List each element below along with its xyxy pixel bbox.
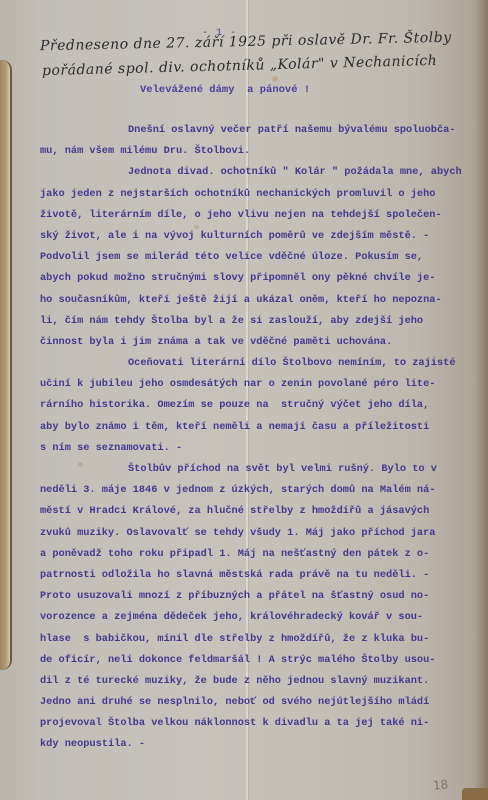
- archive-page-number: 18: [432, 777, 449, 793]
- text-line: Jedno ani druhé se nesplnilo, neboť od s…: [40, 692, 480, 713]
- stain: [272, 76, 278, 82]
- text-line: hlase s babičkou, mínil dle střelby z hm…: [40, 629, 480, 650]
- text-line: Oceňovati literární dílo Štolbovo nemíní…: [40, 353, 480, 374]
- text-line: městí v Hradci Králové, za hlučné střelb…: [40, 501, 480, 522]
- text-line: abych pokud možno stručnými slovy připom…: [40, 268, 480, 289]
- text-line: vorozence a zejména dědeček jeho, králov…: [40, 607, 480, 628]
- handwritten-note-line: pořádané spol. div. ochotníků „Kolár" v …: [42, 53, 438, 79]
- text-line: Podvolil jsem se milerád této velice vdě…: [40, 247, 480, 268]
- text-line: dil z té turecké muziky, že bude z něho …: [40, 671, 480, 692]
- text-line: Jednota divad. ochotníků " Kolár " požád…: [40, 162, 480, 183]
- text-line: s ním se seznamovati. -: [40, 438, 480, 459]
- text-line: li, čím nám tehdy Štolba byl a že si zas…: [40, 311, 480, 332]
- text-line: učiní k jubileu jeho osmdesátých nar o z…: [40, 374, 480, 395]
- text-line: Proto usuzovali mnozí z příbuzných a přá…: [40, 586, 480, 607]
- text-line: projevoval Štolba velkou náklonnost k di…: [40, 713, 480, 734]
- document-page: - 1 - Předneseno dne 27. září 1925 při o…: [0, 0, 488, 800]
- salutation: Velevážené dámy a pánové !: [140, 84, 310, 96]
- corner-tab: [462, 788, 488, 800]
- text-line: neděli 3. máje 1846 v jednom z úzkých, s…: [40, 480, 480, 501]
- text-line: rárního historika. Omezím se pouze na st…: [40, 395, 480, 416]
- text-line: kdy neopustila. -: [40, 734, 480, 755]
- text-line: životě, literárním díle, o jeho vlivu ne…: [40, 205, 480, 226]
- binding-edge: [0, 60, 12, 670]
- text-line: mu, nám všem milému Dru. Štolbovi.: [40, 141, 480, 162]
- text-line: ho současníkům, kteří ještě žijí a ukáza…: [40, 290, 480, 311]
- text-line: ský život, ale i na vývoj kulturních pom…: [40, 226, 480, 247]
- text-line: a poněvadž toho roku připadl 1. Máj na n…: [40, 544, 480, 565]
- text-line: jako jeden z nejstarších ochotníků necha…: [40, 184, 480, 205]
- typewritten-body: Dnešní oslavný večer patří našemu bývalé…: [40, 120, 480, 756]
- text-line: de oficír, neli dokonce feldmaršál ! A s…: [40, 650, 480, 671]
- text-line: Dnešní oslavný večer patří našemu bývalé…: [40, 120, 480, 141]
- text-line: aby bylo známo i těm, kteří neměli a nem…: [40, 417, 480, 438]
- text-line: činnost byla i jim známa a tak ve vděčné…: [40, 332, 480, 353]
- text-line: patrnosti odložila ho slavná městská rad…: [40, 565, 480, 586]
- text-line: zvuků muziky. Oslavovalť se tehdy všudy …: [40, 523, 480, 544]
- text-line: Štolbův příchod na svět byl velmi rušný.…: [40, 459, 480, 480]
